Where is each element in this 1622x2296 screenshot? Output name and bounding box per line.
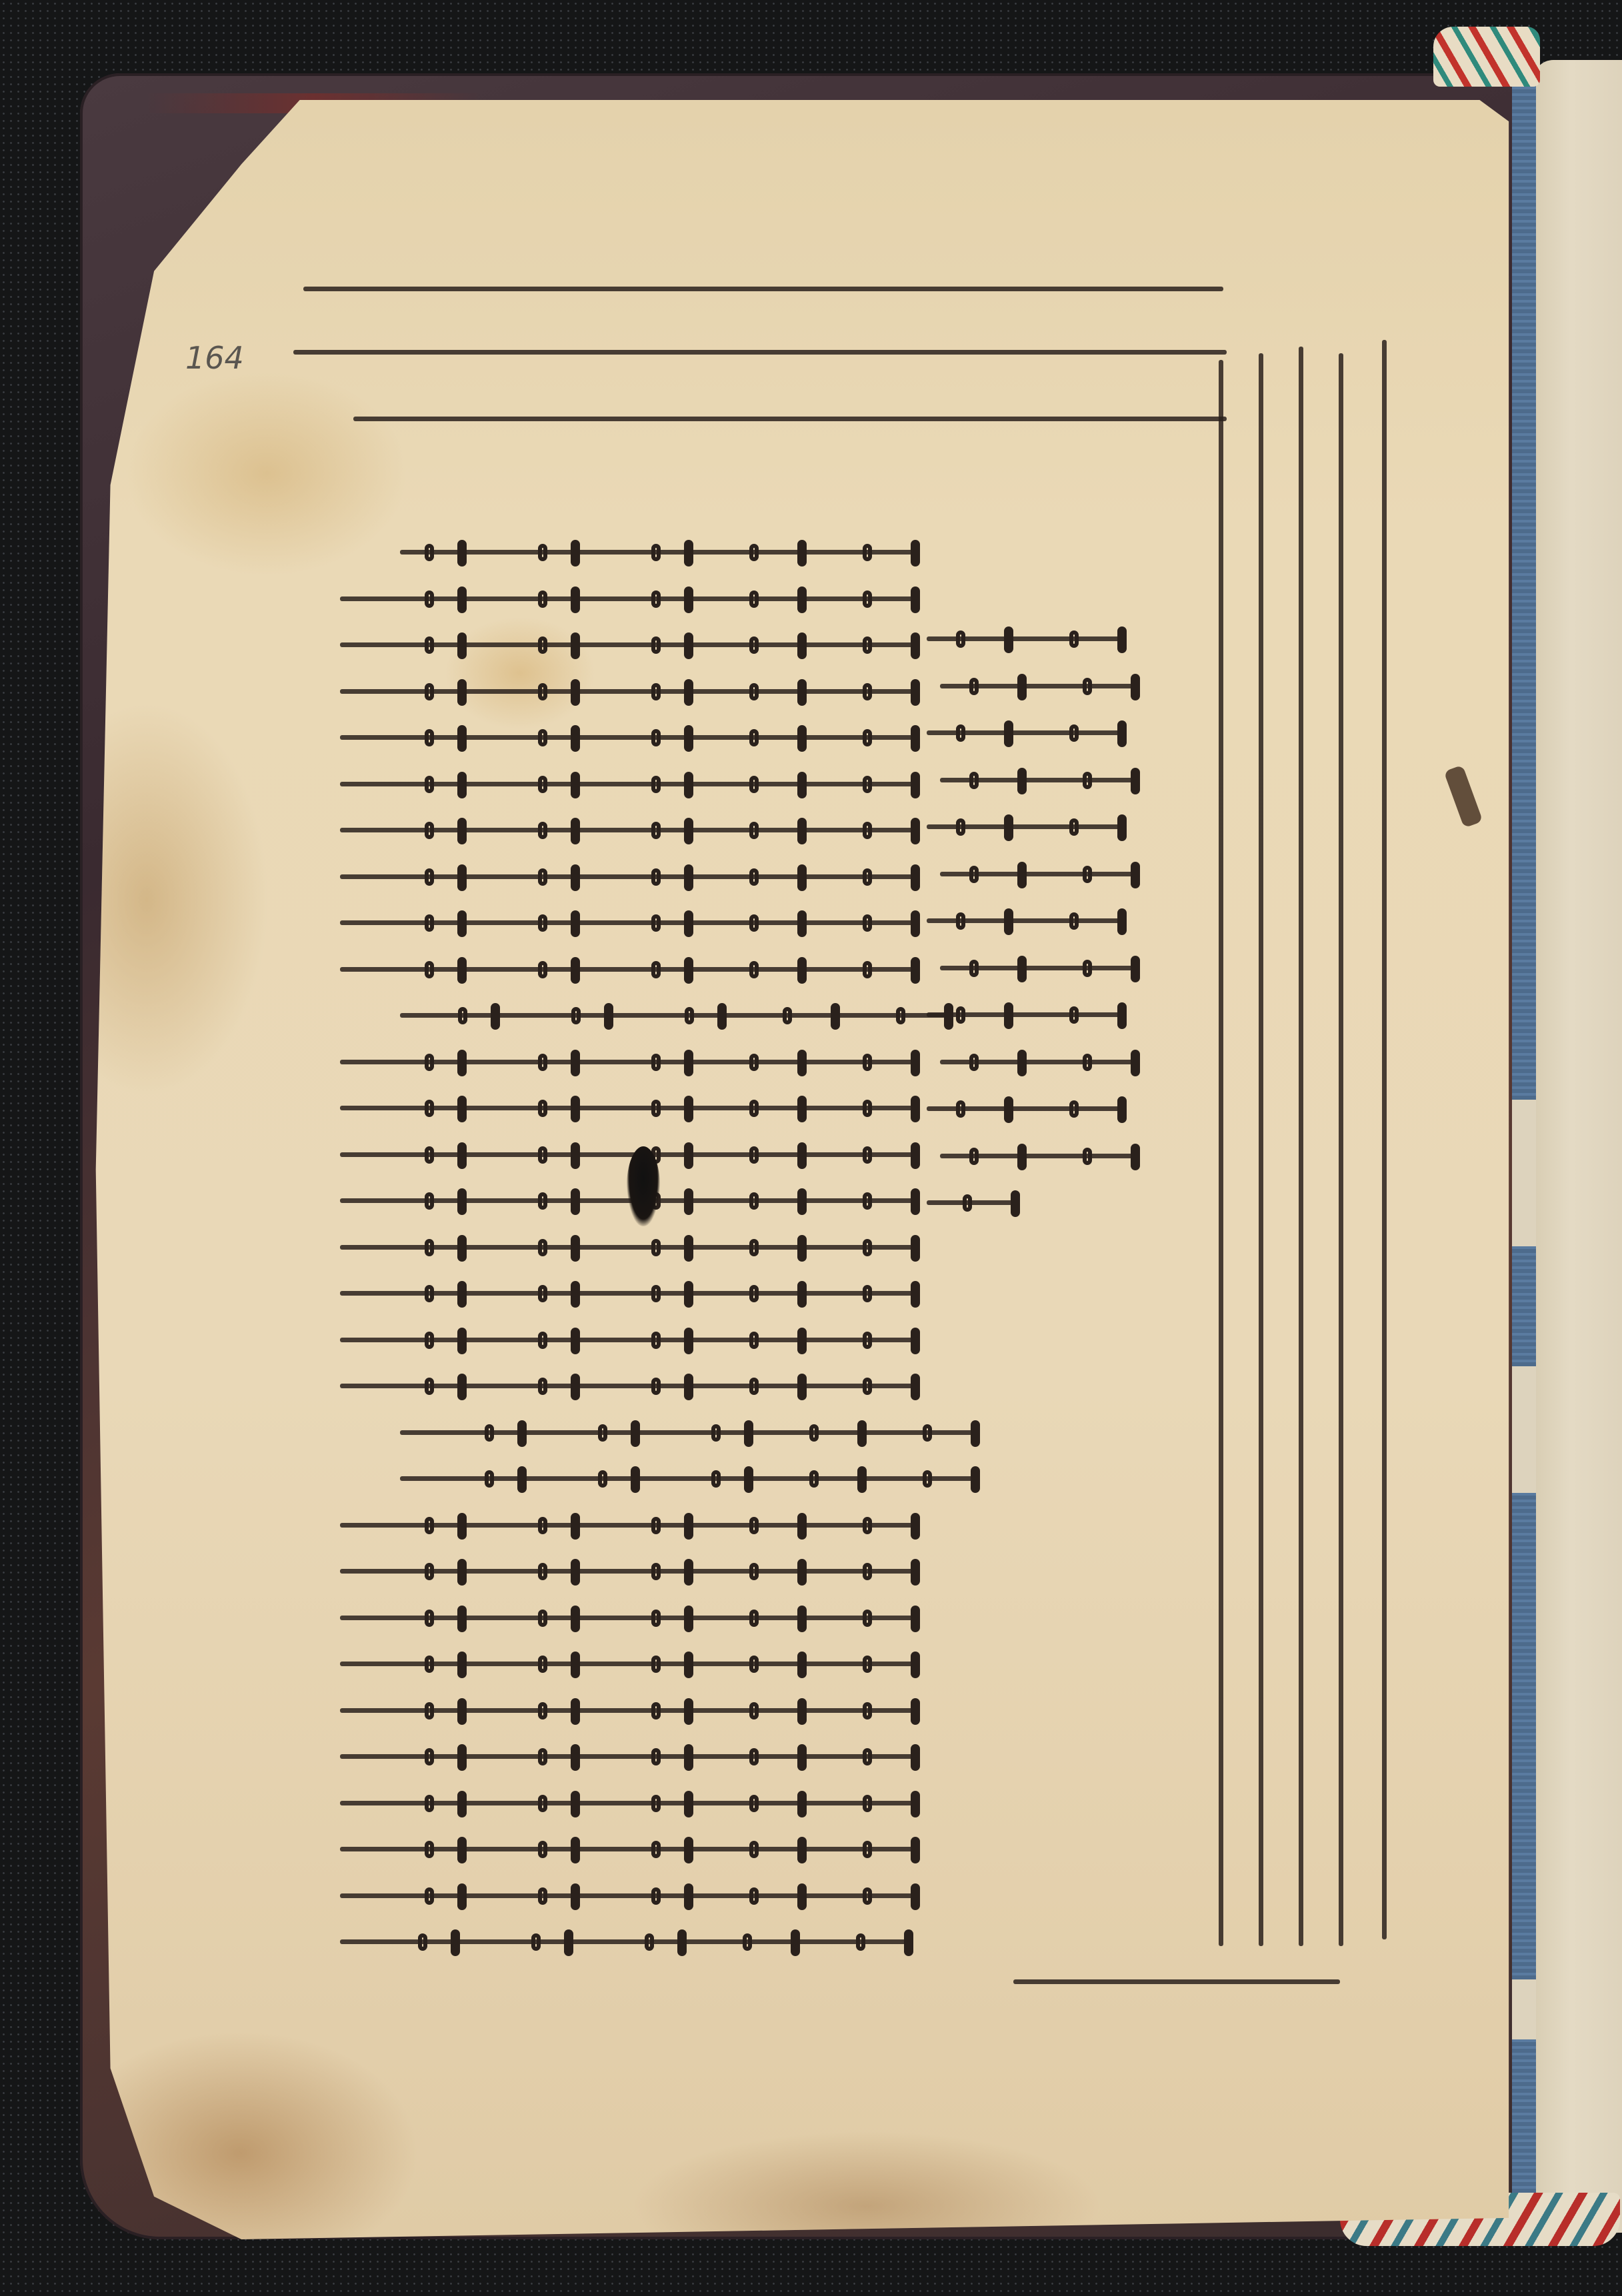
header-line <box>303 277 1223 303</box>
main-text-line <box>340 910 920 937</box>
main-text-line <box>340 1744 920 1771</box>
short-column-line <box>940 768 1140 794</box>
main-text-line <box>400 540 920 567</box>
short-column-line <box>940 956 1140 982</box>
main-text-line <box>400 1003 953 1030</box>
main-text-line <box>340 1791 920 1817</box>
main-text-line <box>340 679 920 706</box>
vertical-line <box>1327 353 1353 1946</box>
main-text-line <box>340 1929 913 1956</box>
short-column-line <box>927 908 1127 935</box>
headband-top <box>1433 27 1540 87</box>
main-text-line <box>340 957 920 984</box>
main-text-line <box>340 1606 920 1632</box>
short-column-line <box>940 674 1140 700</box>
main-text-line <box>340 1559 920 1586</box>
main-text-line <box>340 772 920 798</box>
main-text-line <box>340 725 920 752</box>
gutter-cloth <box>1512 80 1536 2226</box>
main-text-line <box>340 1328 920 1354</box>
main-text-line <box>340 1652 920 1678</box>
short-column-line <box>940 862 1140 888</box>
main-text-line <box>340 1883 920 1910</box>
main-text-line <box>340 1050 920 1076</box>
header-line <box>353 407 1227 433</box>
main-text-line <box>340 1374 920 1400</box>
main-text-line <box>340 864 920 891</box>
vertical-line <box>1287 347 1313 1946</box>
main-text-line <box>340 1513 920 1540</box>
vertical-line <box>1370 340 1397 1939</box>
main-text-line <box>340 586 920 613</box>
short-column-line <box>927 1002 1127 1029</box>
ink-blot <box>627 1146 660 1226</box>
header-line <box>293 340 1227 367</box>
short-column-line <box>940 1144 1140 1170</box>
main-text-line <box>340 632 920 659</box>
facing-page-edge <box>1533 60 1622 2233</box>
vertical-line <box>1207 360 1233 1946</box>
vertical-line <box>1247 353 1273 1946</box>
main-text-line <box>400 1466 980 1493</box>
main-text-line <box>340 1096 920 1122</box>
short-column-line <box>927 626 1127 653</box>
short-column-line <box>940 1050 1140 1076</box>
short-column-line <box>927 1096 1127 1123</box>
short-column-line <box>927 814 1127 841</box>
main-text-line <box>340 818 920 844</box>
main-text-line <box>340 1281 920 1308</box>
short-column-line <box>927 1190 1020 1217</box>
footer-line <box>1013 1969 1340 1996</box>
folio-number: 164 <box>185 340 244 376</box>
main-text-line <box>340 1698 920 1725</box>
short-column-line <box>927 720 1127 747</box>
main-text-line <box>340 1235 920 1262</box>
main-text-line <box>400 1420 980 1447</box>
main-text-line <box>340 1837 920 1863</box>
